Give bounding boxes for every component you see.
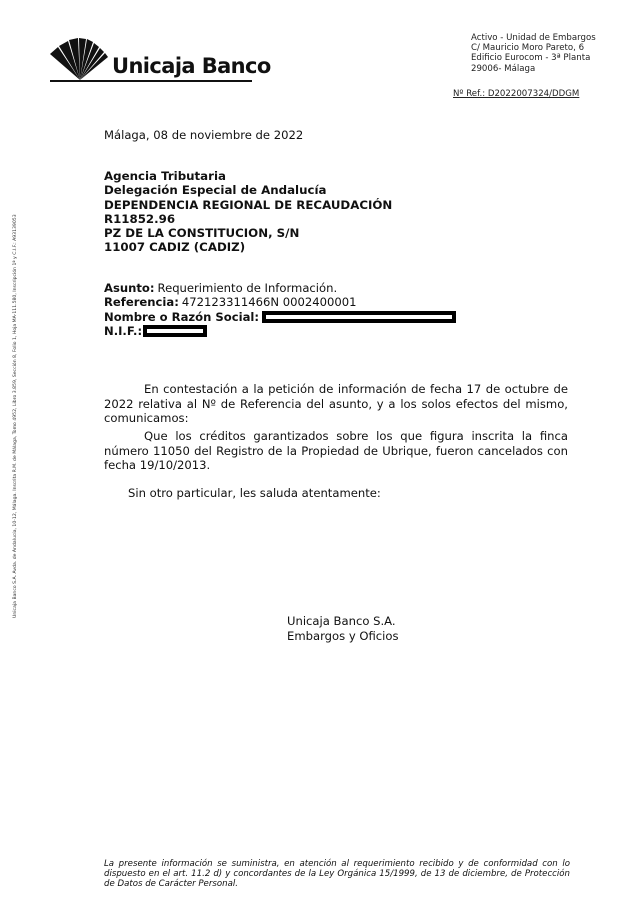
signature-line-1: Unicaja Banco S.A.	[287, 614, 399, 629]
body-paragraph-2: Que los créditos garantizados sobre los …	[104, 429, 568, 473]
subject-label: Asunto:	[104, 281, 155, 295]
redacted-nif	[143, 325, 207, 337]
sender-line: 29006- Málaga	[471, 64, 596, 74]
reference-label: Referencia:	[104, 295, 179, 309]
recipient-address: Agencia Tributaria Delegación Especial d…	[104, 169, 392, 255]
recipient-line: Delegación Especial de Andalucía	[104, 183, 392, 197]
our-reference: Nº Ref.: D2022007324/DDGM	[453, 89, 579, 99]
fan-logo-icon	[50, 36, 112, 80]
sender-address: Activo - Unidad de Embargos C/ Mauricio …	[471, 33, 596, 74]
body-paragraph-1: En contestación a la petición de informa…	[104, 382, 568, 426]
logo-underline	[50, 80, 252, 82]
closing-line: Sin otro particular, les saluda atentame…	[128, 486, 381, 500]
subject-row: Asunto: Requerimiento de Información.	[104, 281, 456, 295]
reference-block: Asunto: Requerimiento de Información. Re…	[104, 281, 456, 338]
side-legal-text: Unicaja Banco S.A. Avda. de Andalucía, 1…	[13, 188, 18, 618]
paragraph-text: Que los créditos garantizados sobre los …	[104, 429, 568, 472]
signature-block: Unicaja Banco S.A. Embargos y Oficios	[287, 614, 399, 644]
recipient-line: R11852.96	[104, 212, 392, 226]
reference-value: 472123311466N 0002400001	[182, 295, 357, 309]
redacted-name	[262, 311, 456, 323]
recipient-line: PZ DE LA CONSTITUCION, S/N	[104, 226, 392, 240]
nif-row: N.I.F.:	[104, 324, 456, 338]
subject-value: Requerimiento de Información.	[158, 281, 338, 295]
recipient-line: DEPENDENCIA REGIONAL DE RECAUDACIÓN	[104, 198, 392, 212]
name-label: Nombre o Razón Social:	[104, 310, 259, 324]
sender-line: Edificio Eurocom - 3ª Planta	[471, 53, 596, 63]
date-line: Málaga, 08 de noviembre de 2022	[104, 128, 303, 142]
paragraph-text: En contestación a la petición de informa…	[104, 382, 568, 425]
sender-line: Activo - Unidad de Embargos	[471, 33, 596, 43]
footer-legal-note: La presente información se suministra, e…	[104, 859, 570, 890]
reference-row: Referencia: 472123311466N 0002400001	[104, 295, 456, 309]
signature-line-2: Embargos y Oficios	[287, 629, 399, 644]
unicaja-logo: Unicaja Banco	[50, 36, 260, 84]
logo-wordmark: Unicaja Banco	[112, 54, 271, 78]
nif-label: N.I.F.:	[104, 324, 142, 338]
recipient-line: Agencia Tributaria	[104, 169, 392, 183]
sender-line: C/ Mauricio Moro Pareto, 6	[471, 43, 596, 53]
recipient-line: 11007 CADIZ (CADIZ)	[104, 240, 392, 254]
name-row: Nombre o Razón Social:	[104, 310, 456, 324]
